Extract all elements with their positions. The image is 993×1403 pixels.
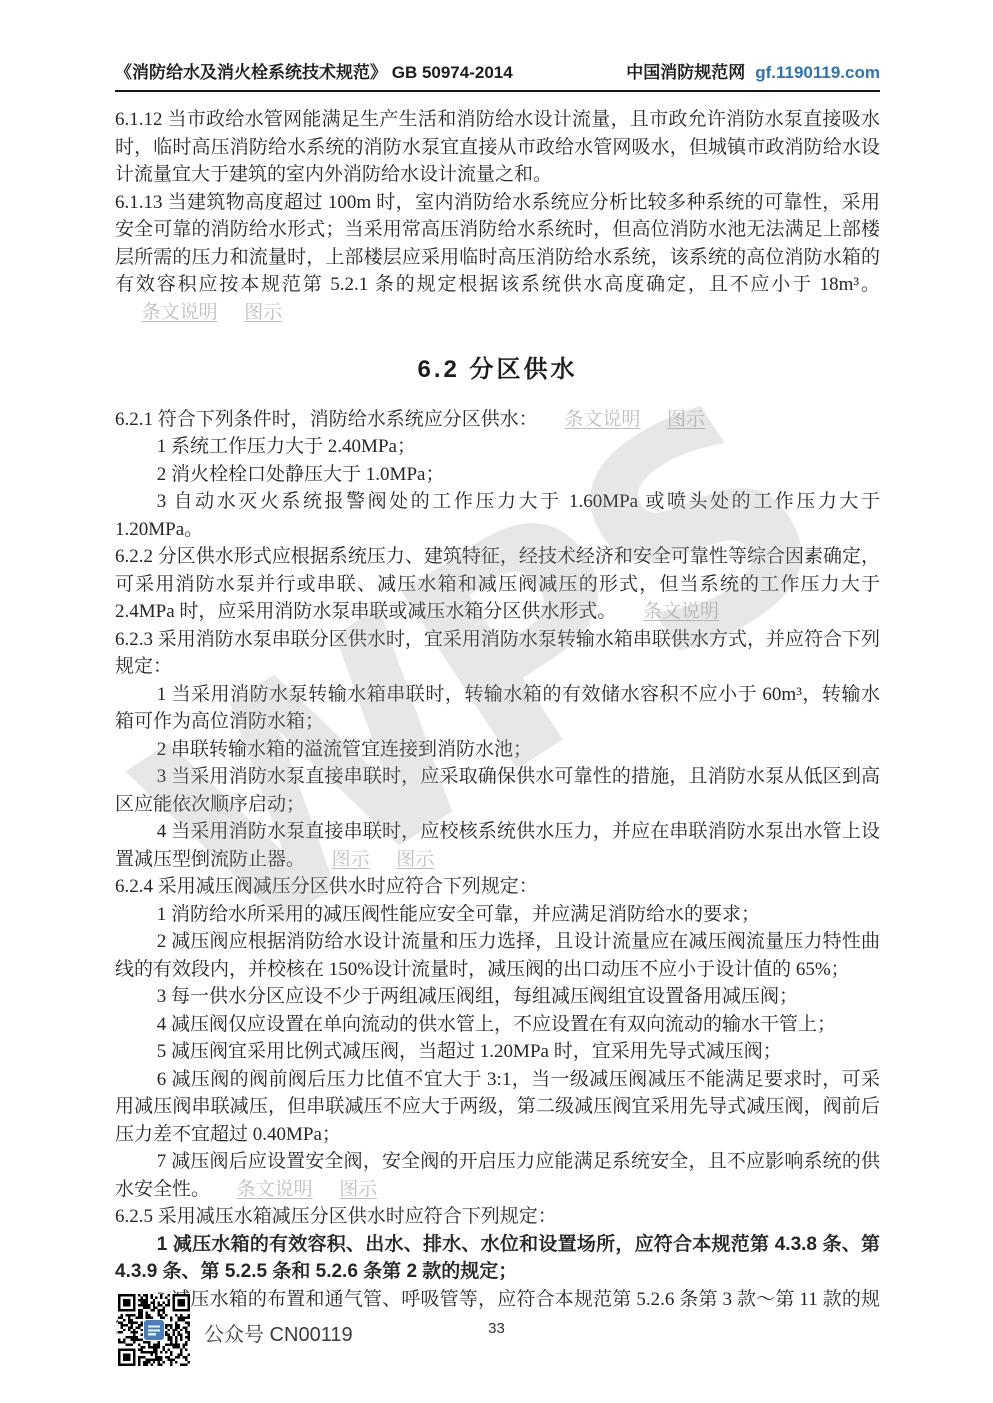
site-link[interactable]: gf.1190119.com	[755, 63, 880, 82]
link-tiaowen-shuoming[interactable]: 条文说明	[237, 1179, 313, 1200]
list-item-paragraph: 6 减压阀的阀前阀后压力比值不宜大于 3:1，当一级减压阀减压不能满足要求时，可…	[115, 1066, 880, 1149]
paragraph-text: 1 系统工作压力大于 2.40MPa；	[157, 436, 416, 457]
site-name: 中国消防规范网	[626, 63, 745, 82]
paragraph-text: 4 当采用消防水泵直接串联时，应校核系统供水压力，并应在串联消防水泵出水管上设置…	[115, 821, 880, 870]
list-item-paragraph: 4 当采用消防水泵直接串联时，应校核系统供水压力，并应在串联消防水泵出水管上设置…	[115, 818, 880, 873]
list-item-paragraph: 2 消火栓栓口处静压大于 1.0MPa；	[115, 461, 880, 489]
page-number: 33	[0, 1320, 993, 1337]
paragraph-text: 6.2.1 符合下列条件时，消防给水系统应分区供水：	[115, 409, 538, 430]
paragraph-text: 2 串联转输水箱的溢流管宜连接到消防水池；	[157, 739, 532, 760]
paragraph-text: 6.1.13 当建筑物高度超过 100m 时，室内消防给水系统应分析比较多种系统…	[115, 192, 880, 296]
paragraph-text: 6.2.2 分区供水形式应根据系统压力、建筑特征，经技术经济和安全可靠性等综合因…	[115, 546, 880, 622]
paragraph-text: 1 减压水箱的有效容积、出水、排水、水位和设置场所，应符合本规范第 4.3.8 …	[115, 1234, 880, 1283]
paragraph-text: 4 减压阀仅应设置在单向流动的供水管上，不应设置在有双向流动的输水干管上；	[157, 1014, 836, 1035]
list-item-paragraph: 1 消防给水所采用的减压阀性能应安全可靠，并应满足消防给水的要求；	[115, 901, 880, 929]
link-tushi[interactable]: 图示	[339, 1179, 377, 1200]
link-tiaowen-shuoming[interactable]: 条文说明	[643, 601, 719, 622]
paragraph-text: 6 减压阀的阀前阀后压力比值不宜大于 3:1，当一级减压阀减压不能满足要求时，可…	[115, 1069, 880, 1145]
clause-paragraph: 6.2.1 符合下列条件时，消防给水系统应分区供水：条文说明图示	[115, 406, 880, 434]
paragraph-text: 1 消防给水所采用的减压阀性能应安全可靠，并应满足消防给水的要求；	[157, 904, 760, 925]
list-item-paragraph: 1 减压水箱的有效容积、出水、排水、水位和设置场所，应符合本规范第 4.3.8 …	[115, 1231, 880, 1286]
link-tushi[interactable]: 图示	[332, 849, 370, 870]
list-item-paragraph: 2 减压阀应根据消防给水设计流量和压力选择，且设计流量应在减压阀流量压力特性曲线…	[115, 928, 880, 983]
header-site: 中国消防规范网gf.1190119.com	[626, 58, 880, 83]
clause-paragraph: 6.2.3 采用消防水泵串联分区供水时，宜采用消防水泵转输水箱串联供水方式，并应…	[115, 626, 880, 681]
header-title: 《消防给水及消火栓系统技术规范》 GB 50974-2014	[115, 58, 513, 83]
paragraph-text: 1 当采用消防水泵转输水箱串联时，转输水箱的有效储水容积不应小于 60m³，转输…	[115, 684, 880, 733]
clause-paragraph: 6.2.2 分区供水形式应根据系统压力、建筑特征，经技术经济和安全可靠性等综合因…	[115, 543, 880, 626]
link-tushi[interactable]: 图示	[667, 409, 705, 430]
clause-paragraph: 6.1.12 当市政给水管网能满足生产生活和消防给水设计流量，且市政允许消防水泵…	[115, 106, 880, 189]
list-item-paragraph: 7 减压阀后应设置安全阀，安全阀的开启压力应能满足系统安全，且不应影响系统的供水…	[115, 1148, 880, 1203]
paragraph-text: 6.2.4 采用减压阀减压分区供水时应符合下列规定：	[115, 876, 538, 897]
paragraph-text: 6.2 分区供水	[417, 356, 577, 383]
paragraph-text: 3 每一供水分区应设不少于两组减压阀组，每组减压阀组宜设置备用减压阀；	[157, 986, 798, 1007]
clause-paragraph: 6.2.4 采用减压阀减压分区供水时应符合下列规定：	[115, 873, 880, 901]
paragraph-text: 2 减压阀应根据消防给水设计流量和压力选择，且设计流量应在减压阀流量压力特性曲线…	[115, 931, 880, 980]
paragraph-text: 6.1.12 当市政给水管网能满足生产生活和消防给水设计流量，且市政允许消防水泵…	[115, 109, 880, 185]
page-header: 《消防给水及消火栓系统技术规范》 GB 50974-2014 中国消防规范网gf…	[115, 58, 880, 92]
document-page: 《消防给水及消火栓系统技术规范》 GB 50974-2014 中国消防规范网gf…	[0, 0, 993, 1403]
list-item-paragraph: 4 减压阀仅应设置在单向流动的供水管上，不应设置在有双向流动的输水干管上；	[115, 1011, 880, 1039]
paragraph-text: 7 减压阀后应设置安全阀，安全阀的开启压力应能满足系统安全，且不应影响系统的供水…	[115, 1151, 880, 1200]
paragraph-text: 5 减压阀宜采用比例式减压阀，当超过 1.20MPa 时，宜采用先导式减压阀；	[157, 1041, 782, 1062]
clause-paragraph: 6.2.5 采用减压水箱减压分区供水时应符合下列规定：	[115, 1203, 880, 1231]
link-tushi[interactable]: 图示	[396, 849, 434, 870]
list-item-paragraph: 5 减压阀宜采用比例式减压阀，当超过 1.20MPa 时，宜采用先导式减压阀；	[115, 1038, 880, 1066]
link-tiaowen-shuoming[interactable]: 条文说明	[142, 302, 218, 323]
paragraph-text: 6.2.3 采用消防水泵串联分区供水时，宜采用消防水泵转输水箱串联供水方式，并应…	[115, 629, 880, 678]
link-tushi[interactable]: 图示	[244, 302, 282, 323]
document-body: 6.1.12 当市政给水管网能满足生产生活和消防给水设计流量，且市政允许消防水泵…	[115, 106, 880, 1341]
clause-paragraph: 6.1.13 当建筑物高度超过 100m 时，室内消防给水系统应分析比较多种系统…	[115, 189, 880, 327]
section-heading: 6.2 分区供水	[115, 356, 880, 384]
paragraph-text: 3 自动水灭火系统报警阀处的工作压力大于 1.60MPa 或喷头处的工作压力大于…	[115, 491, 880, 540]
list-item-paragraph: 2 串联转输水箱的溢流管宜连接到消防水池；	[115, 736, 880, 764]
list-item-paragraph: 3 每一供水分区应设不少于两组减压阀组，每组减压阀组宜设置备用减压阀；	[115, 983, 880, 1011]
list-item-paragraph: 1 当采用消防水泵转输水箱串联时，转输水箱的有效储水容积不应小于 60m³，转输…	[115, 681, 880, 736]
list-item-paragraph: 1 系统工作压力大于 2.40MPa；	[115, 433, 880, 461]
paragraph-text: 2 消火栓栓口处静压大于 1.0MPa；	[157, 464, 445, 485]
list-item-paragraph: 3 自动水灭火系统报警阀处的工作压力大于 1.60MPa 或喷头处的工作压力大于…	[115, 488, 880, 543]
paragraph-text: 6.2.5 采用减压水箱减压分区供水时应符合下列规定：	[115, 1206, 557, 1227]
paragraph-text: 3 当采用消防水泵直接串联时，应采取确保供水可靠性的措施，且消防水泵从低区到高区…	[115, 766, 880, 815]
list-item-paragraph: 3 当采用消防水泵直接串联时，应采取确保供水可靠性的措施，且消防水泵从低区到高区…	[115, 763, 880, 818]
link-tiaowen-shuoming[interactable]: 条文说明	[564, 409, 640, 430]
